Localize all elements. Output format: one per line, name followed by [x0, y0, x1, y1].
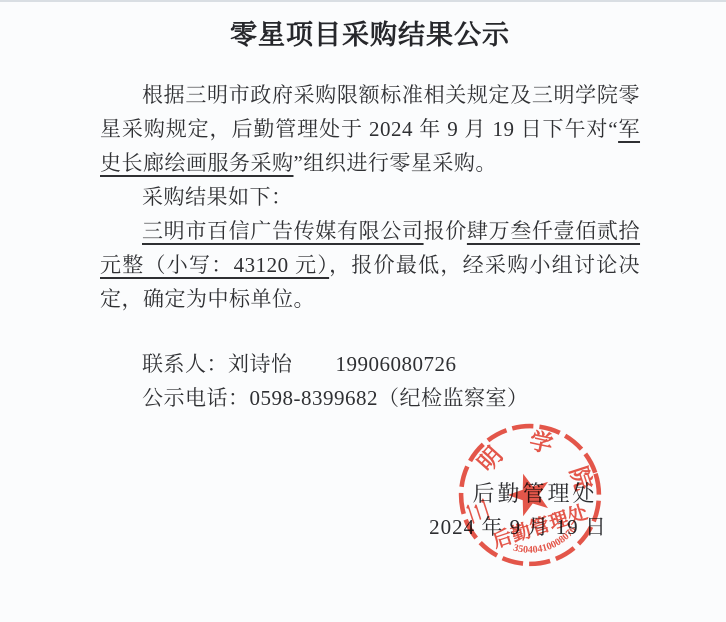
paragraph: 联系人：刘诗怡 19906080726 [100, 347, 640, 381]
paragraph: 三明市百信广告传媒有限公司报价肆万叁仟壹佰贰拾元整（小写：43120 元），报价… [100, 214, 640, 316]
seal-arc-char: 学 [527, 427, 556, 458]
underlined-text: 三明市百信广告传媒有限公司 [142, 219, 424, 243]
paragraph: 根据三明市政府采购限额标准相关规定及三明学院零星采购规定，后勤管理处于 2024… [100, 78, 640, 180]
text: ”组织进行零星采购。 [294, 151, 497, 175]
document-body: 根据三明市政府采购限额标准相关规定及三明学院零星采购规定，后勤管理处于 2024… [100, 78, 640, 415]
text: 采购结果如下： [142, 185, 293, 209]
document-page: 零星项目采购结果公示 根据三明市政府采购限额标准相关规定及三明学院零星采购规定，… [0, 0, 726, 622]
text: 公示电话：0598-8399682（纪检监察室） [142, 386, 529, 410]
paragraph: 公示电话：0598-8399682（纪检监察室） [100, 381, 640, 415]
document-title: 零星项目采购结果公示 [100, 16, 640, 54]
star-icon [503, 467, 556, 518]
text: 根据三明市政府采购限额标准相关规定及三明学院零星采购规定，后勤管理处于 2024… [100, 83, 640, 141]
paragraph: 采购结果如下： [100, 180, 640, 214]
text: 报价 [424, 219, 467, 243]
official-seal: 三 明 学 院 后勤管理处 35040410008076 [454, 419, 606, 571]
text: 联系人：刘诗怡 19906080726 [142, 352, 457, 376]
